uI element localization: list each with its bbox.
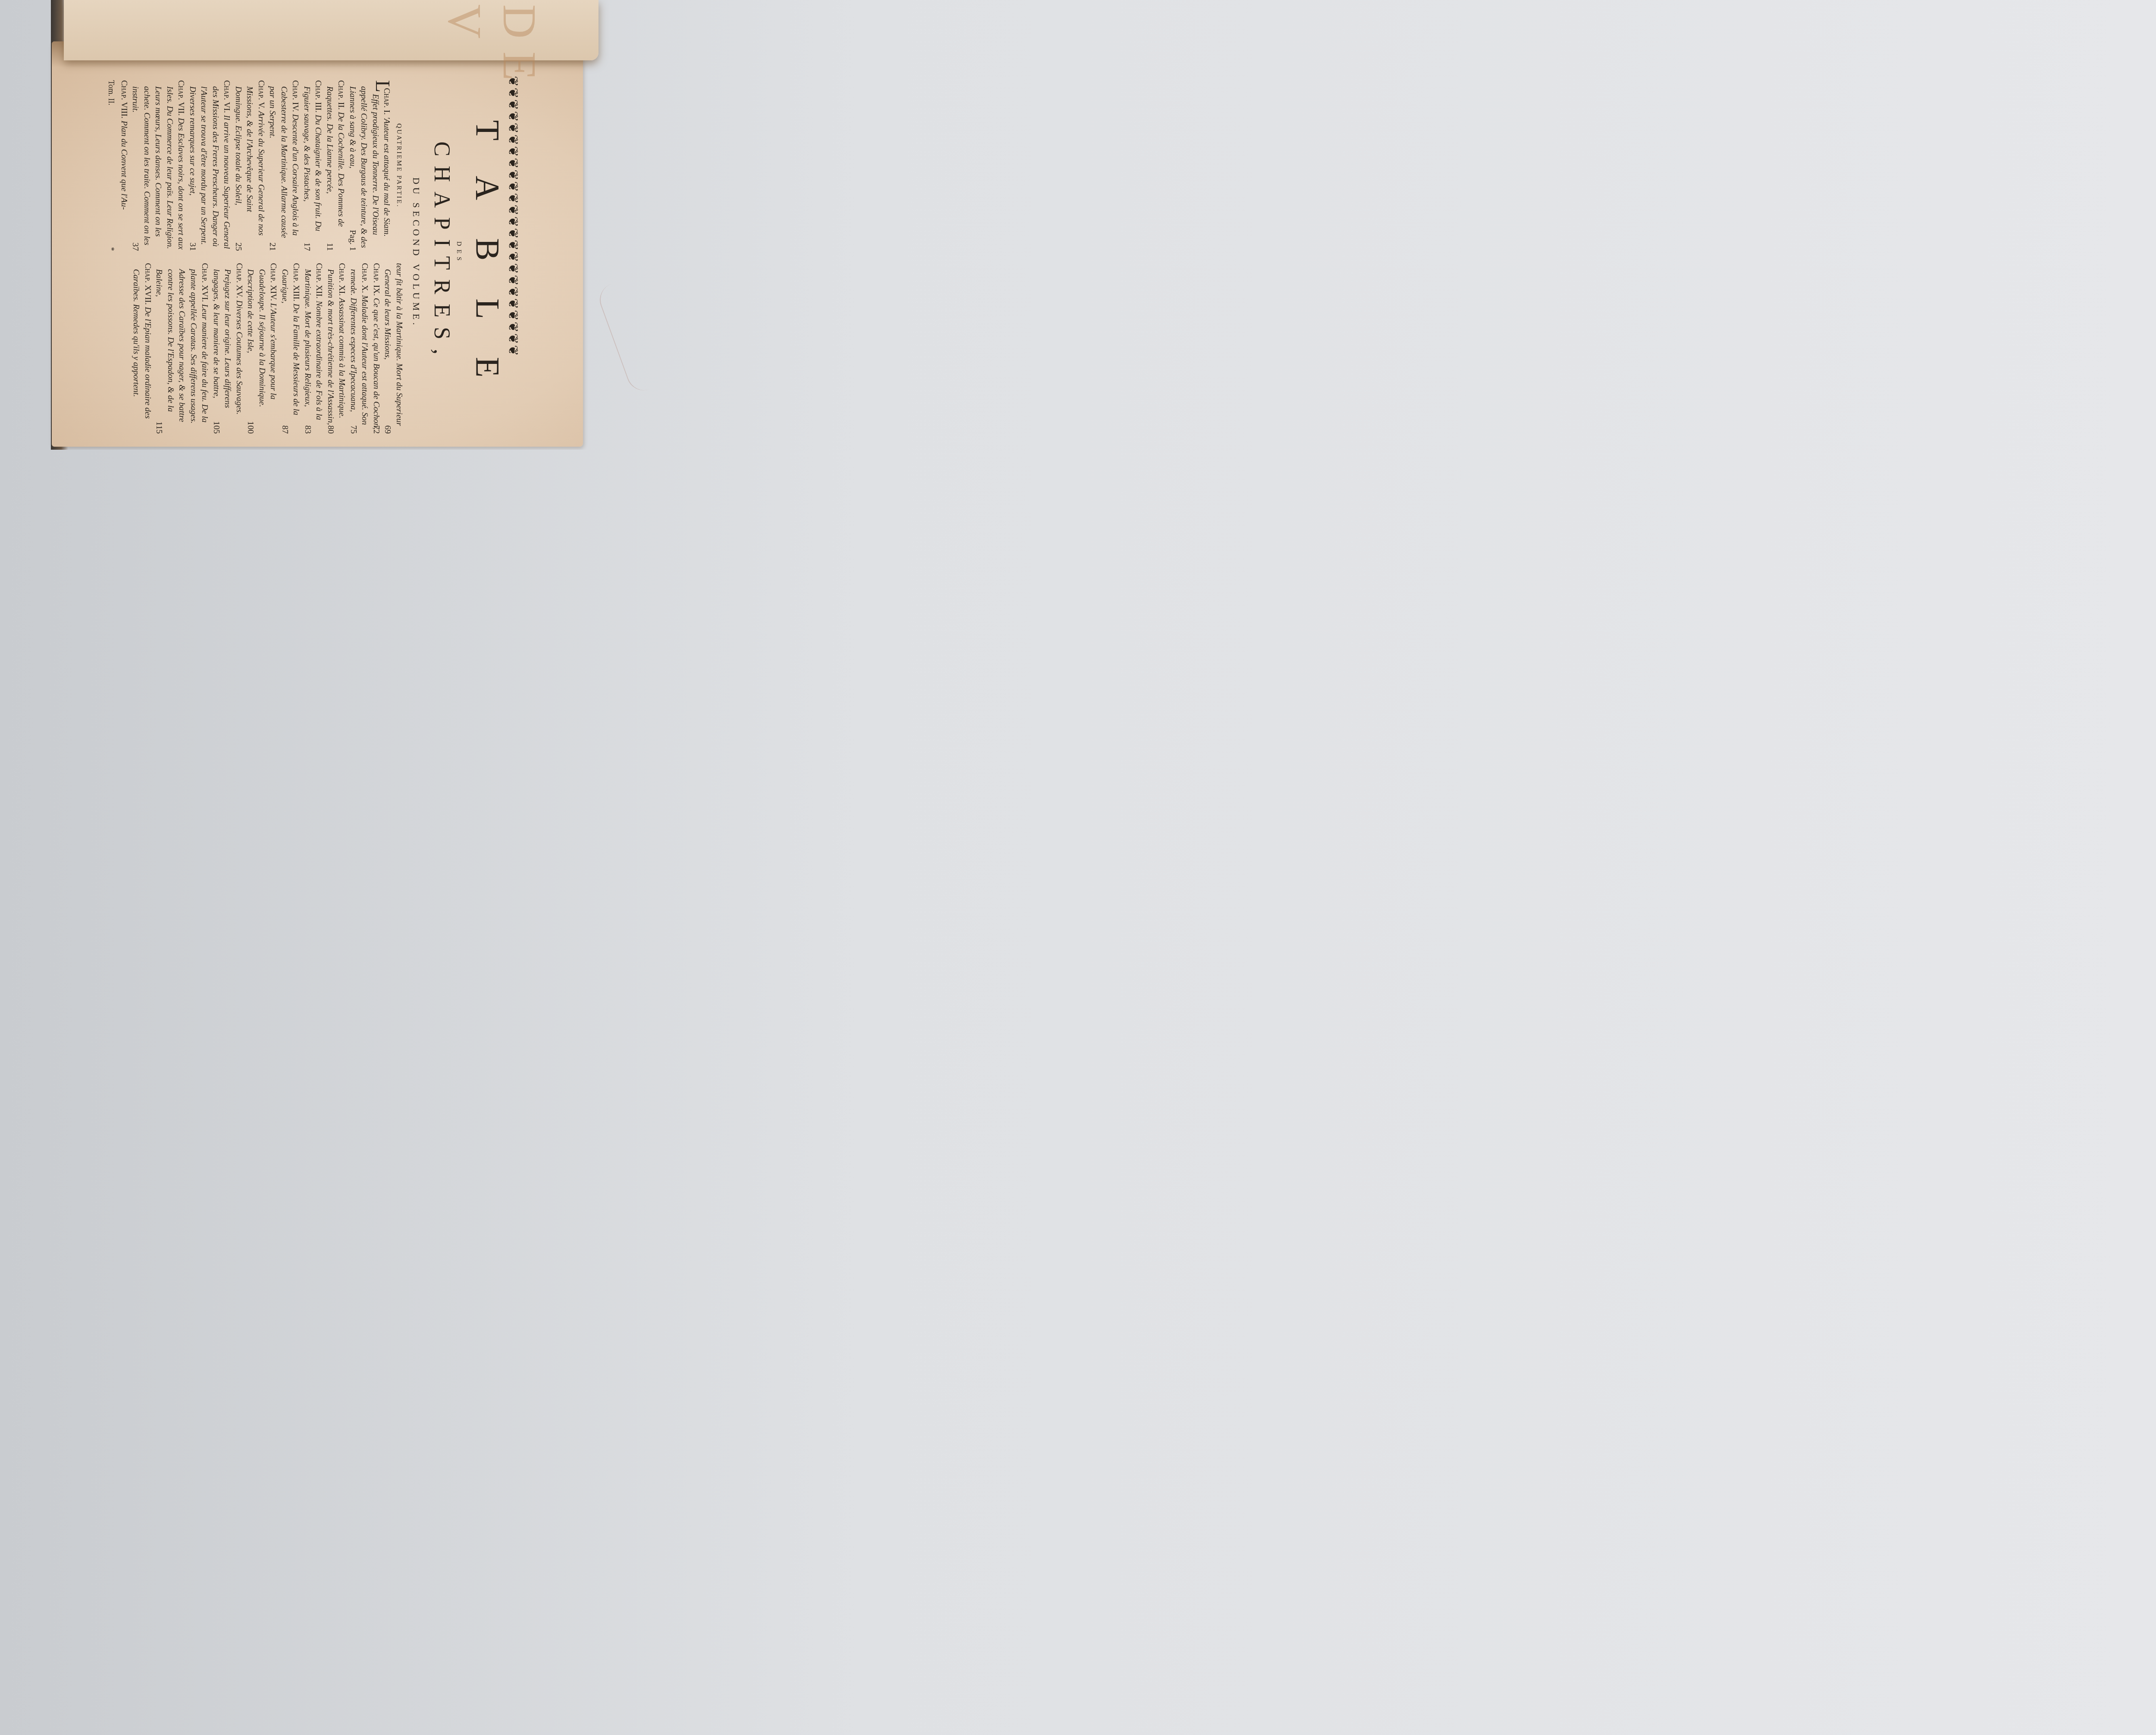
page-number: 72 — [370, 432, 382, 434]
toc-right-column: teur fit bâtir à la Martinique. Mort du … — [106, 263, 404, 434]
chapter-description: teur fit bâtir à la Martinique. Mort du … — [383, 263, 404, 426]
toc-left-column: QUATRIEME PARTIE. Chap. I. L'Auteur est … — [106, 80, 404, 251]
chapter-label: Chap. XV. — [235, 263, 244, 300]
toc-entry: Chap. II. De la Cochenille. Des Pommes d… — [324, 80, 347, 251]
page-number: 37 — [129, 249, 141, 251]
fleuron-icon: ❦ — [506, 322, 521, 332]
fleuron-icon: ❦ — [506, 251, 521, 262]
chapter-label: Chap. XIII. — [292, 263, 301, 304]
fleuron-icon: ❦ — [506, 228, 521, 239]
toc-entry: Chap. XII. Nombre extraordinaire de Fols… — [302, 263, 325, 434]
toc-entry: Chap. XIV. L'Auteur s'embarque pour la G… — [244, 263, 279, 434]
fleuron-icon: ❦ — [506, 263, 521, 274]
chapter-label: Chap. XII. — [315, 263, 324, 301]
page-number: 17 — [301, 249, 313, 251]
toc-entry: Chap. VI. Il arrive un nouveau Superieur… — [187, 80, 232, 251]
chapter-label: Chap. II. — [337, 80, 346, 112]
toc-entry: Chap. XVI. Leur maniere de faire du feu.… — [153, 263, 210, 434]
page-number: 80 — [325, 432, 336, 434]
toc-entry: Chap. XI. Assassinat commis à la Martini… — [325, 263, 348, 434]
page-number: 83 — [302, 432, 313, 434]
toc-entry: Chap. I. L'Auteur est attaqué du mal de … — [347, 80, 392, 251]
toc-entry: teur fit bâtir à la Martinique. Mort du … — [382, 263, 404, 434]
chapter-label: Chap. XIV. — [269, 263, 278, 303]
page-title: TABLE — [471, 76, 505, 429]
fleuron-icon: ❦ — [506, 193, 521, 204]
fleuron-icon: ❦ — [506, 333, 521, 344]
toc-entries-right: teur fit bâtir à la Martinique. Mort du … — [130, 263, 404, 434]
toc-entry: Chap. VII. Des Esclaves noirs, dont on s… — [129, 80, 187, 251]
page-number: 69 — [382, 432, 393, 434]
chapter-label: Chap. I. — [382, 88, 392, 117]
toc-entry: Chap. VIII. Plan du Convent que l'Au- — [118, 80, 130, 251]
toc-entry: Chap. IX. Ce que c'est, qu'un Boucan de … — [370, 263, 382, 434]
signature-volume: Tom. II. — [106, 80, 117, 105]
chapter-label: Chap. XVI. — [201, 263, 210, 304]
fleuron-icon: ❦ — [506, 275, 521, 285]
toc-entry: Chap. X. Maladie dont l'Auteur est attaq… — [348, 263, 370, 434]
book-page: ❦❦❦❦❦❦❦❦❦❦❦❦❦❦❦❦❦❦❦❦❦❦❦❦ TABLE DES CHAPI… — [52, 41, 583, 447]
chapter-label: Chap. XVII. — [143, 263, 152, 307]
fleuron-icon: ❦ — [506, 216, 521, 227]
page-subtitle: CHAPITRES, — [430, 76, 453, 429]
toc-entry: Chap. V. Arrivée du Superieur General de… — [232, 80, 267, 251]
chapter-label: Chap. VII. — [177, 80, 186, 118]
page-number: 105 — [210, 427, 222, 434]
fleuron-icon: ❦ — [506, 345, 521, 356]
fleuron-icon: ❦ — [506, 181, 521, 192]
fleuron-icon: ❦ — [506, 310, 521, 321]
chapter-label: Chap. VI. — [222, 80, 232, 115]
chapter-label: Chap. XI. — [338, 263, 347, 298]
fleuron-icon: ❦ — [506, 287, 521, 298]
page-number: 11 — [324, 249, 335, 251]
toc-columns: QUATRIEME PARTIE. Chap. I. L'Auteur est … — [106, 80, 404, 434]
toc-entry: Chap. XV. Diverses Coutumes des Sauvages… — [210, 263, 245, 434]
fleuron-icon: ❦ — [506, 111, 521, 122]
signature-mark: * — [106, 247, 117, 251]
page-number: 75 — [348, 432, 359, 434]
chapter-label: Chap. IV. — [291, 80, 300, 114]
facing-page-edge: DE V — [64, 0, 599, 60]
fleuron-icon: ❦ — [506, 123, 521, 134]
fleuron-icon: ❦ — [506, 205, 521, 216]
page-number: 115 — [153, 427, 165, 434]
title-des: DES — [455, 76, 462, 429]
fleuron-icon: ❦ — [506, 99, 521, 110]
bleed-through-text: DE V — [437, 4, 547, 94]
chapter-label: Chap. IX. — [372, 263, 381, 298]
toc-entry: Chap. XVII. De l'Epian maladie ordinaire… — [130, 263, 153, 434]
fleuron-icon: ❦ — [506, 240, 521, 251]
chapter-label: Chap. III. — [314, 80, 323, 115]
toc-entry: Chap. III. Du Chataignier & de son fruit… — [301, 80, 324, 251]
page-number: Pag. 1 — [347, 236, 358, 251]
chapter-label: Chap. V. — [257, 80, 266, 111]
page-number: 25 — [232, 249, 244, 251]
fleuron-icon: ❦ — [506, 158, 521, 169]
signature-line: Tom. II. * — [106, 80, 117, 251]
chapter-label: Chap. VIII. — [119, 80, 128, 121]
chapter-description: Plan du Convent que l'Au- — [119, 121, 128, 210]
page-number: 21 — [266, 249, 278, 251]
page-content: ❦❦❦❦❦❦❦❦❦❦❦❦❦❦❦❦❦❦❦❦❦❦❦❦ TABLE DES CHAPI… — [91, 76, 522, 447]
background-scribble — [595, 269, 676, 395]
page-number: 87 — [279, 432, 291, 434]
toc-entry: Chap. IV. Descente d'un Corsaire Anglois… — [266, 80, 301, 251]
fleuron-icon: ❦ — [506, 135, 521, 145]
fleuron-icon: ❦ — [506, 298, 521, 309]
fleuron-ornament-row: ❦❦❦❦❦❦❦❦❦❦❦❦❦❦❦❦❦❦❦❦❦❦❦❦ — [505, 76, 522, 429]
fleuron-icon: ❦ — [506, 169, 521, 180]
page-number: 31 — [187, 249, 198, 251]
page-number: 100 — [244, 427, 256, 434]
chapter-description: Ce que c'est, qu'un Boucan de Cochon, — [372, 298, 381, 429]
toc-entry: Chap. XIII. De la Famille de Messieurs d… — [279, 263, 302, 434]
volume-label: DU SECOND VOLUME. — [411, 76, 422, 429]
chapter-label: Chap. X. — [360, 263, 370, 295]
fleuron-icon: ❦ — [506, 146, 521, 157]
part-heading: QUATRIEME PARTIE. — [393, 80, 405, 251]
toc-entries-left: Chap. I. L'Auteur est attaqué du mal de … — [118, 80, 392, 251]
